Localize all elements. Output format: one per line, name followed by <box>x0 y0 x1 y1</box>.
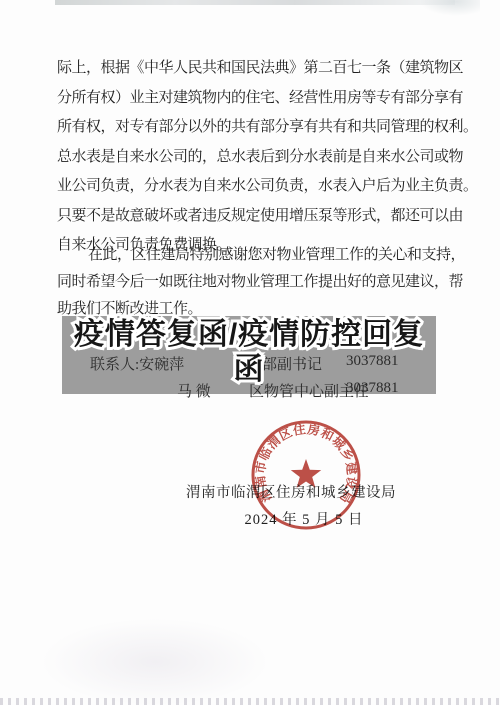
body-paragraph-1: 际上，根据《中华人民共和国民法典》第二百七一条（建筑物区 分所有权）业主对建筑物… <box>57 54 449 261</box>
body-text-line: 分所有权）业主对建筑物内的住宅、经营性用房等专有部分享有 <box>57 84 449 114</box>
body-text-line: 同时希望今后一如既往地对物业管理工作提出好的意见建议，帮 <box>57 269 449 296</box>
body-text-line: 总水表是自来水公司的，总水表后到分水表前是自来水公司或物 <box>57 143 449 173</box>
body-text-line: 业公司负责，分水表为自来水公司负责，水表入户后为业主负责。 <box>57 172 449 202</box>
body-text-line: 际上，根据《中华人民共和国民法典》第二百七一条（建筑物区 <box>57 54 449 84</box>
headline-overlay-band: 疫情答复函/疫情防控回复函 疫情答复函/疫情防控回复函 联系人:安碗萍 支部副书… <box>62 316 436 394</box>
scan-noise-blotch <box>40 618 270 705</box>
body-text-line: 只要不是故意破坏或者违反规定使用增压泵等形式，都还可以由 <box>57 202 449 232</box>
body-paragraph-2: 在此，区住建局特别感谢您对物业管理工作的关心和支持， 同时希望今后一如既往地对物… <box>57 242 449 323</box>
body-text-line: 在此，区住建局特别感谢您对物业管理工作的关心和支持， <box>57 242 449 269</box>
overlay-headline: 疫情答复函/疫情防控回复函 疫情答复函/疫情防控回复函 <box>64 317 434 387</box>
official-seal: 渭南市临渭区住房和城乡建设局 <box>246 415 366 535</box>
seal-star-icon <box>291 459 321 488</box>
scan-noise-top <box>55 0 455 5</box>
scan-noise-top-right <box>420 0 480 16</box>
body-text-line: 所有权，对专有部分以外的共有部分享有共有和共同管理的权利。 <box>57 113 449 143</box>
scanned-letter-page: 际上，根据《中华人民共和国民法典》第二百七一条（建筑物区 分所有权）业主对建筑物… <box>0 0 500 705</box>
